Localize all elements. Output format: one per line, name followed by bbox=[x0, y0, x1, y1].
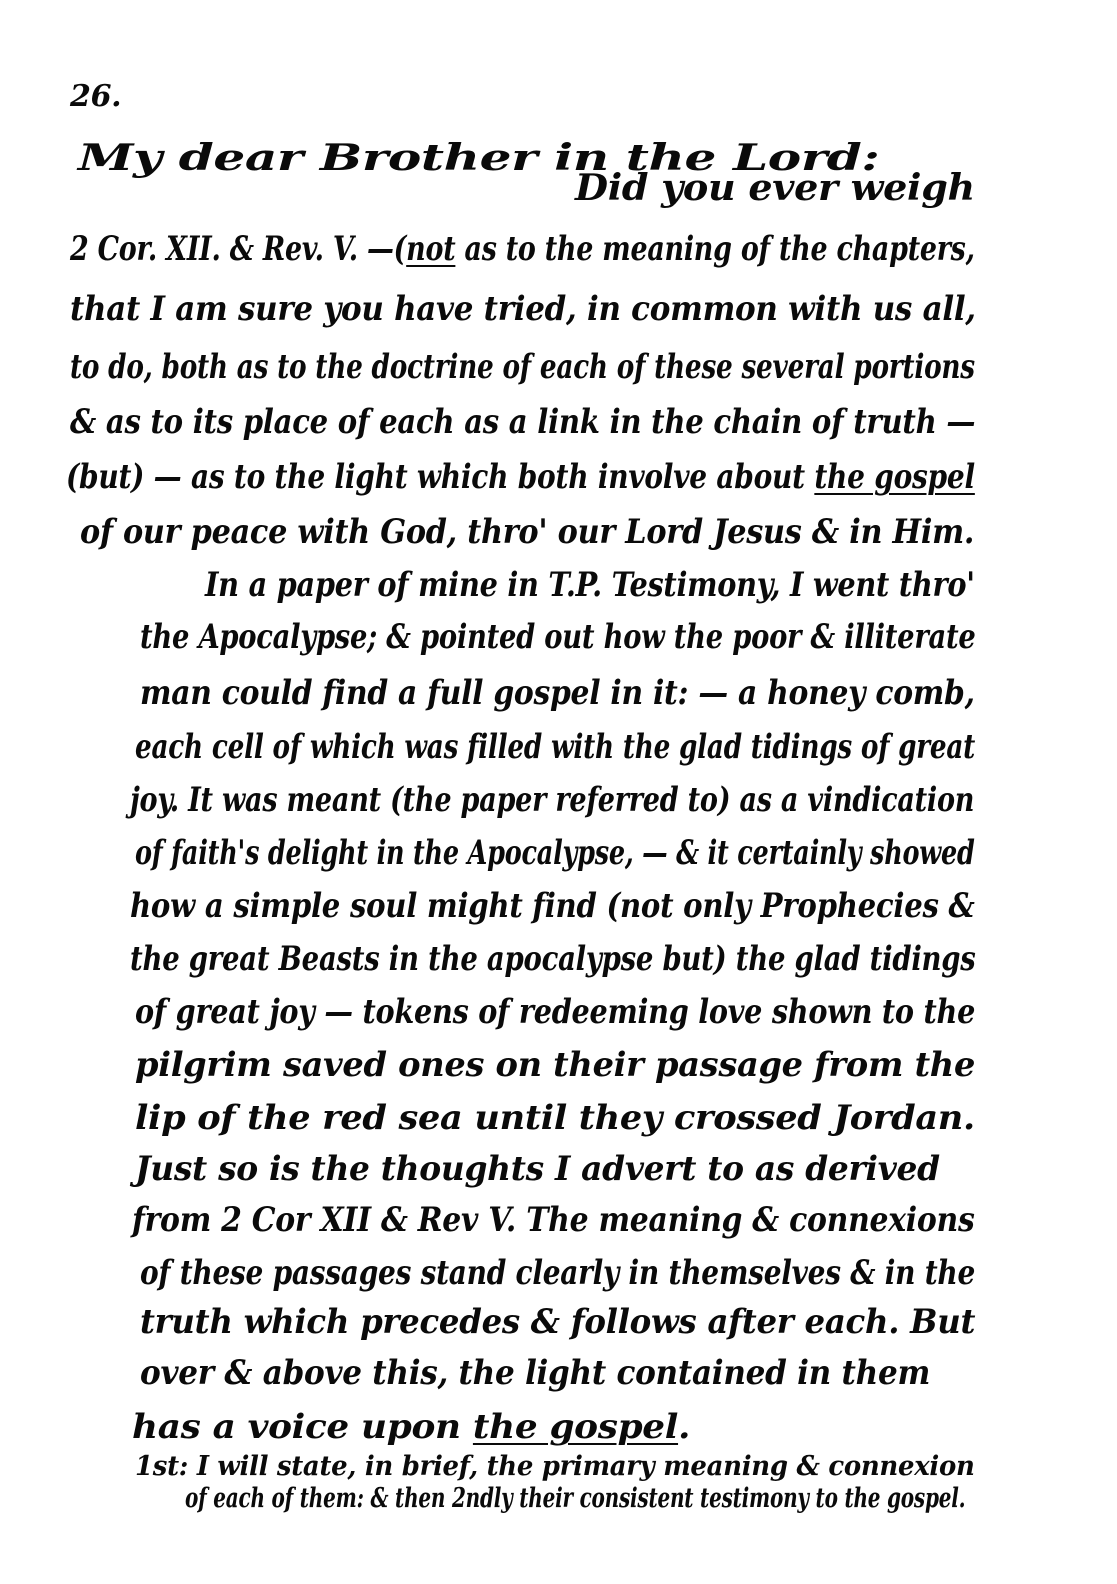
letter-line-17: lip of the red sea until they crossed Jo… bbox=[135, 1101, 975, 1135]
letter-line-6: of our peace with God, thro' our Lord Je… bbox=[80, 515, 974, 549]
letter-line-12: of faith's delight in the Apocalypse, — … bbox=[135, 836, 975, 870]
letter-line-1: 2 Cor. XII. & Rev. V. —(not as to the me… bbox=[70, 232, 975, 266]
letter-line-8: the Apocalypse; & pointed out how the po… bbox=[140, 620, 975, 654]
line-5-part-a: (but) — as to the light which both invol… bbox=[66, 457, 814, 497]
letter-line-10: each cell of which was filled with the g… bbox=[135, 730, 975, 764]
letter-line-4: & as to its place of each as a link in t… bbox=[70, 405, 975, 439]
footnote-line-1: 1st: I will state, in brief, the primary… bbox=[135, 1453, 975, 1480]
letter-line-23: has a voice upon the gospel. bbox=[132, 1410, 690, 1444]
underlined-not: not bbox=[406, 229, 455, 269]
opening-phrase: Did you ever weigh bbox=[575, 170, 975, 206]
letter-line-16: pilgrim saved ones on their passage from… bbox=[135, 1048, 975, 1082]
line-1-part-c: as to the meaning of the chapters, bbox=[455, 229, 974, 269]
line-1-part-a: 2 Cor. XII. & Rev. V. —( bbox=[70, 229, 406, 269]
manuscript-page: 26. My dear Brother in the Lord: Did you… bbox=[0, 0, 1117, 1584]
letter-line-15: of great joy — tokens of redeeming love … bbox=[135, 995, 975, 1029]
letter-line-18: Just so is the thoughts I advert to as d… bbox=[135, 1152, 940, 1186]
letter-line-3: to do, both as to the doctrine of each o… bbox=[70, 350, 975, 384]
footnote-line-2: of each of them: & then 2ndly their cons… bbox=[185, 1485, 965, 1512]
letter-line-20: of these passages stand clearly in thems… bbox=[140, 1256, 975, 1290]
letter-line-13: how a simple soul might find (not only P… bbox=[130, 889, 975, 923]
letter-line-9: man could find a full gospel in it: — a … bbox=[140, 676, 975, 710]
letter-line-11: joy. It was meant (the paper referred to… bbox=[130, 783, 974, 817]
page-number: 26. bbox=[70, 82, 121, 112]
letter-line-2: that I am sure you have tried, in common… bbox=[70, 292, 976, 326]
underlined-the-gospel-2: the gospel bbox=[473, 1407, 678, 1447]
line-23-part-c: . bbox=[678, 1407, 690, 1447]
letter-line-5: (but) — as to the light which both invol… bbox=[66, 460, 975, 494]
letter-line-19: from 2 Cor XII & Rev V. The meaning & co… bbox=[132, 1203, 975, 1237]
letter-line-22: over & above this, the light contained i… bbox=[140, 1356, 930, 1390]
letter-line-7: In a paper of mine in T.P. Testimony, I … bbox=[205, 568, 975, 602]
underlined-the-gospel: the gospel bbox=[814, 457, 975, 497]
letter-line-21: truth which precedes & follows after eac… bbox=[140, 1305, 975, 1339]
letter-line-14: the great Beasts in the apocalypse but) … bbox=[130, 942, 976, 976]
line-23-part-a: has a voice upon bbox=[132, 1407, 473, 1447]
